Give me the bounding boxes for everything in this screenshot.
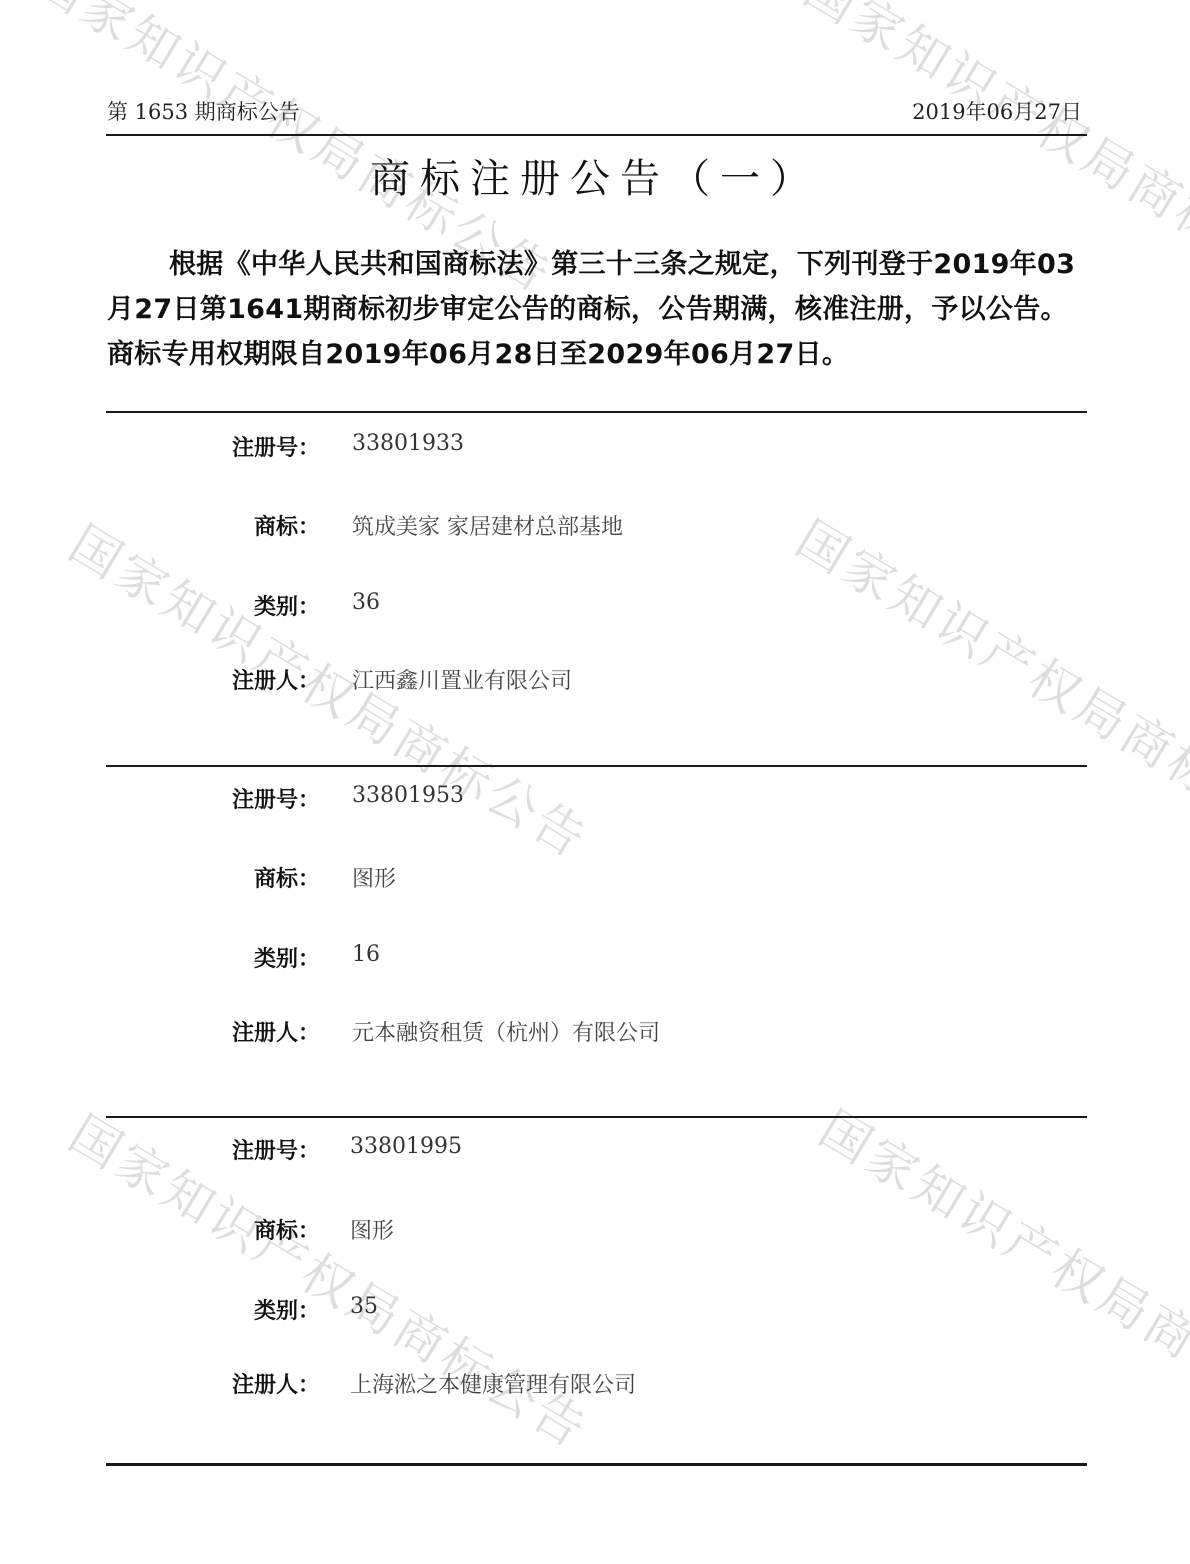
class-value: 35 bbox=[350, 1294, 378, 1319]
entry-class-row: 类别： 35 bbox=[0, 1294, 1190, 1328]
issue-number: 第 1653 期商标公告 bbox=[107, 96, 300, 126]
header-divider bbox=[106, 134, 1087, 136]
footer-divider bbox=[106, 1463, 1087, 1466]
entry-divider bbox=[106, 411, 1087, 413]
entry-registrant-row: 注册人： 元本融资租赁（杭州）有限公司 bbox=[0, 1016, 1190, 1050]
entry-class-row: 类别： 16 bbox=[0, 942, 1190, 976]
page-title: 商标注册公告（一） bbox=[0, 147, 1190, 204]
entry-registrant-row: 注册人： 上海淞之本健康管理有限公司 bbox=[0, 1368, 1190, 1402]
class-label: 类别： bbox=[254, 590, 320, 621]
registrant-label: 注册人： bbox=[232, 1368, 320, 1399]
entry-mark-row: 商标： 筑成美家 家居建材总部基地 bbox=[0, 510, 1190, 544]
entry-divider bbox=[106, 765, 1087, 767]
entry-registrant-row: 注册人： 江西鑫川置业有限公司 bbox=[0, 664, 1190, 698]
mark-value: 图形 bbox=[352, 862, 396, 893]
registrant-label: 注册人： bbox=[232, 664, 320, 695]
reg-no-label: 注册号： bbox=[232, 431, 320, 462]
class-label: 类别： bbox=[254, 942, 320, 973]
reg-no-value: 33801953 bbox=[352, 783, 464, 808]
registrant-value: 元本融资租赁（杭州）有限公司 bbox=[352, 1016, 660, 1047]
reg-no-label: 注册号： bbox=[232, 783, 320, 814]
registrant-value: 江西鑫川置业有限公司 bbox=[352, 664, 572, 695]
registrant-value: 上海淞之本健康管理有限公司 bbox=[350, 1368, 636, 1399]
class-label: 类别： bbox=[254, 1294, 320, 1325]
intro-paragraph: 根据《中华人民共和国商标法》第三十三条之规定，下列刊登于2019年03月27日第… bbox=[107, 242, 1087, 377]
mark-value: 图形 bbox=[350, 1214, 394, 1245]
issue-date: 2019年06月27日 bbox=[912, 96, 1082, 126]
class-value: 36 bbox=[352, 590, 380, 615]
entry-reg-no-row: 注册号： 33801995 bbox=[0, 1134, 1190, 1168]
mark-label: 商标： bbox=[254, 862, 320, 893]
entry-class-row: 类别： 36 bbox=[0, 590, 1190, 624]
class-value: 16 bbox=[352, 942, 380, 967]
entry-mark-row: 商标： 图形 bbox=[0, 1214, 1190, 1248]
entry-reg-no-row: 注册号： 33801953 bbox=[0, 783, 1190, 817]
registrant-label: 注册人： bbox=[232, 1016, 320, 1047]
entry-reg-no-row: 注册号： 33801933 bbox=[0, 431, 1190, 465]
entry-mark-row: 商标： 图形 bbox=[0, 862, 1190, 896]
mark-label: 商标： bbox=[254, 510, 320, 541]
reg-no-label: 注册号： bbox=[232, 1134, 320, 1165]
reg-no-value: 33801933 bbox=[352, 431, 464, 456]
mark-value: 筑成美家 家居建材总部基地 bbox=[352, 510, 623, 541]
mark-label: 商标： bbox=[254, 1214, 320, 1245]
entry-divider bbox=[106, 1116, 1087, 1118]
reg-no-value: 33801995 bbox=[350, 1134, 462, 1159]
